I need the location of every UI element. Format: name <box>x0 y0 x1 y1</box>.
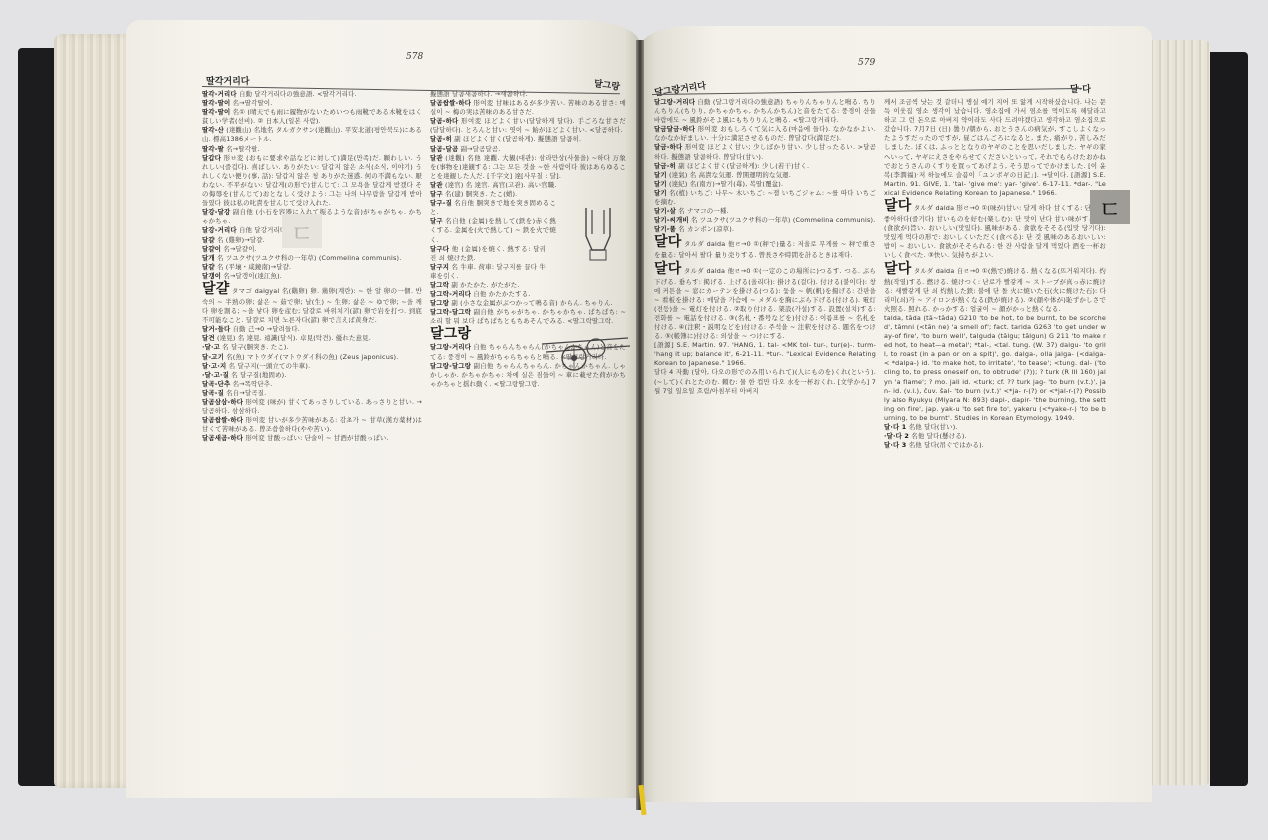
entry: 달·고·지 名 달구지(一頭立ての牛車). <box>202 362 422 371</box>
entry: 딸각-거리다 自動 달각거리다の強意語. <딸각거리다. <box>202 90 422 99</box>
entry: 달관 (達官) 名 達官. 高官(고관). 高い官職. <box>430 181 626 190</box>
entry: ·달·고·질 名 달구질(地固め). <box>202 371 422 380</box>
etymology: [語源] S.E. Martin. 97. 'HANG, 1. tal- <MK… <box>654 341 876 368</box>
entry: 擬態語 달콤새콤하다. →새콤하다. <box>430 90 626 99</box>
etymology: talda, tãda (tã~tãda) G210 'to be hot, t… <box>884 314 1106 423</box>
entry: 달갱이 名→달갱이(達江魚). <box>202 272 422 281</box>
entry: 딸각-딸이 名→딸각딸이. <box>202 99 422 108</box>
entry: 딸각-팔 名→딸각팔. <box>202 145 422 154</box>
book-gutter <box>636 40 644 810</box>
right-page-column-2: 께서 조금씩 낫는 것 같더니 병실 예기 지어 또 앓게 시작하셨습니다. 나… <box>884 98 1106 798</box>
book-cover-left <box>18 48 58 786</box>
page-block-edge-right <box>1148 40 1210 785</box>
entry: 딸각-딸이 名① (晴天でも雨に履物がないためいつも雨靴である木靴をはく貧しい学… <box>202 108 422 126</box>
entry: 달그락-달그락 副自他 がちゃがちゃ. かちゃかちゃ. ぱちぱち: ~ 소리 할… <box>430 308 626 326</box>
entry: 달곰-히 副 ほどよく甘く(달곰하게). 擬態語 달콤히. <box>430 135 626 144</box>
photo-scene: 578 딸각거리다 달그랑 딸각-거리다 自動 달각거리다の強意語. <딸각거리… <box>0 0 1268 840</box>
entry: 달기-풀 名 カンボン(凉草). <box>654 225 876 234</box>
page-number: 578 <box>406 52 423 62</box>
entry: 달구 名(建) 胴突き. たこ(蛸). <box>430 190 626 199</box>
entry: 달·다 3 名他 달다(吊ぐではかる). <box>884 441 1106 450</box>
entry: 달곰-하다 形여変 ほどよく甘い(달달하게 달다). 手ごろな甘さだ(달달하다)… <box>430 117 626 135</box>
entry: 달곰쌉쌀-하다 形여変 甘いが多少苦味がある: 감초가 ~ 甘草(漢方薬材)は甘… <box>202 416 422 434</box>
entry-large: 달다 タルダ dalda 自ㄹ→0 ①(熱で)焼ける. 熱くなる(뜨거워지다).… <box>884 261 1106 314</box>
entry: 달-고기 名(魚) マトウダイ(マトウダイ科の魚) (Zeus japonicu… <box>202 353 422 362</box>
entry: 달·다 1 名他 달다(甘い). <box>884 423 1106 432</box>
entry: ·달·고 名 달구(胴突き. たこ). <box>202 343 422 352</box>
entry: 달갑다 形ㅂ変 (おもに要求や話などに対して)満足(만족)だ. 願わしい. うれ… <box>202 154 422 209</box>
entry: 달그랑-거리다 自動 (달그랑거리다の強意語) ちゃりんちゃりんと鳴る. ちりん… <box>654 98 876 125</box>
headword-large: 달걀 <box>202 281 229 297</box>
entry-large: 달다 タルダ dalda 他ㄹ→0 ①(秤で)量る: 저울로 무게를 ~ 秤で重… <box>654 234 876 260</box>
entry: 달개 名 ツユクサ(ツユクサ科の一年草) (Commelina communis… <box>202 254 422 263</box>
entry: 달기 (達氣) 名 高貴な気運. 曽開運明的な気運. <box>654 171 876 180</box>
entry: 달곡-질 名自→달곡질. <box>202 389 422 398</box>
entry: 달금-하다 形여変 ほどよく甘い; 少しばかり甘い. 少し甘ったるい. >달곰하… <box>654 143 876 161</box>
entry: 달그락-거리다 自他 かたかたする. <box>430 290 626 299</box>
thumb-index-tab-left: ㄷ <box>282 214 322 248</box>
entry: 달기 (達紀) 名(南方)→딸기(苺), 복딸(覆盆). <box>654 180 876 189</box>
entry-large: 달걀 タマゴ dalgyal 名(鷄卵) 卵. 鶏卵(계란): ~ 한 알 卵の… <box>202 281 422 325</box>
entry: 달기 名(植) いちご: 나무~ 木いちご: ~잼 いちごジャム: ~를 따다 … <box>654 189 876 207</box>
entry: 달걀 名 (平壌・咸鏡南)→달걀. <box>202 263 422 272</box>
page-number: 579 <box>858 58 875 68</box>
headword-large: 달다 <box>654 234 681 250</box>
headword-large: 달다 <box>654 261 681 277</box>
book-cover-right <box>1210 52 1248 786</box>
entry: 달곰-달곰 副→달곰달곰. <box>430 145 626 154</box>
entry: 달금-히 副 ほどよく甘く(달금하게): 少し(若干)甘く. <box>654 162 876 171</box>
entry: 딸각-산 (達觀山) 名地名 タルガクサン(達觀山). 平安北道(평안북도)にあ… <box>202 126 422 144</box>
headword-large: 달그랑 <box>430 326 471 342</box>
right-page-column-1: 달그랑-거리다 自動 (달그랑거리다の強意語) ちゃりんちゃりんと鳴る. ちりん… <box>654 98 876 798</box>
headword-large: 달다 <box>884 261 911 277</box>
entry: 달기-씨개비 名 ツユクサ(ツユクサ科の一年草) (Commelina comm… <box>654 216 876 225</box>
illustration-ox-cart-icon <box>538 330 634 374</box>
entry: 달곰쌉쌀-하다 形여変 甘味はあるが多少苦い. 苦味のある甘さ: 매실이 ~ 梅… <box>430 99 626 117</box>
entry: 달그랑 副 (小さな金属がぶつかって鳴る音) からん. ちゃりん. <box>430 299 626 308</box>
entry: 달곰삼삼-하다 形여変 (味が) 甘くてあっさりしている. あっさりと甘い. →… <box>202 398 422 416</box>
entry: 달거-들다 自動 己→0 →달려들다. <box>202 325 422 334</box>
left-page-column-1: 딸각-거리다 自動 달각거리다の強意語. <딸각거리다. 딸각-딸이 名→딸각딸… <box>202 90 422 790</box>
left-page-column-2: 擬態語 달콤새콤하다. →새콤하다. 달곰쌉쌀-하다 形여変 甘味はあるが多少苦… <box>430 90 626 790</box>
entry: 달관 (達觀) 名他 達觀. 大観(대관): 삼라만상(사물을) ~하다 万象を… <box>430 154 626 181</box>
illustration-tamper-icon <box>578 206 618 262</box>
left-page: 578 딸각거리다 달그랑 딸각-거리다 自動 달각거리다の強意語. <딸각거리… <box>126 20 640 798</box>
running-head-left: 딸각거리다 <box>206 74 249 87</box>
entry-continuation: 께서 조금씩 낫는 것 같더니 병실 예기 지어 또 앓게 시작하셨습니다. 나… <box>884 98 1106 198</box>
right-page: 579 달그랑거리다 달·다 달그랑-거리다 自動 (달그랑거리다の強意語) ち… <box>640 26 1152 802</box>
entry-large: 달다 タルダ dalda 形ㄹ→0 ①(味が)甘い: 달게 하다 甘くする: 단… <box>884 198 1106 260</box>
headword-large: 달다 <box>884 198 911 214</box>
entry: 달곡-단추 名→똑딱단추. <box>202 380 422 389</box>
entry: 달기-살 名 ナマコの一種. <box>654 207 876 216</box>
running-head-left: 달그랑거리다 <box>653 78 706 98</box>
entry: 달금달금-하다 形여変 おもしろくて気に入る(마음에 들다). なかなかよい. … <box>654 125 876 143</box>
entry: 달곰새곰-하다 形여変 甘酸っぱい: 단술이 ~ 甘酒が甘酸っぱい. <box>202 434 422 443</box>
thumb-index-tab-right: ㄷ <box>1090 190 1130 224</box>
entry: ·달·다 2 名他 달다(懸ける). <box>884 432 1106 441</box>
entry: 달구지 名 牛車. 荷車: 달구지를 끌다 牛車を引く. <box>430 263 626 281</box>
entry: 달다 4 자動 (달아, 다오の形でのみ用いられて)(人にものを)くれ(という)… <box>654 368 876 395</box>
header-rule <box>652 88 1082 95</box>
entry-large: 달다 タルダ dalda 他ㄹ→0 ①(一定のこの場所に)つるす. つる. ぶら… <box>654 261 876 342</box>
entry: 달그락 副 かたかた. がたがた. <box>430 281 626 290</box>
